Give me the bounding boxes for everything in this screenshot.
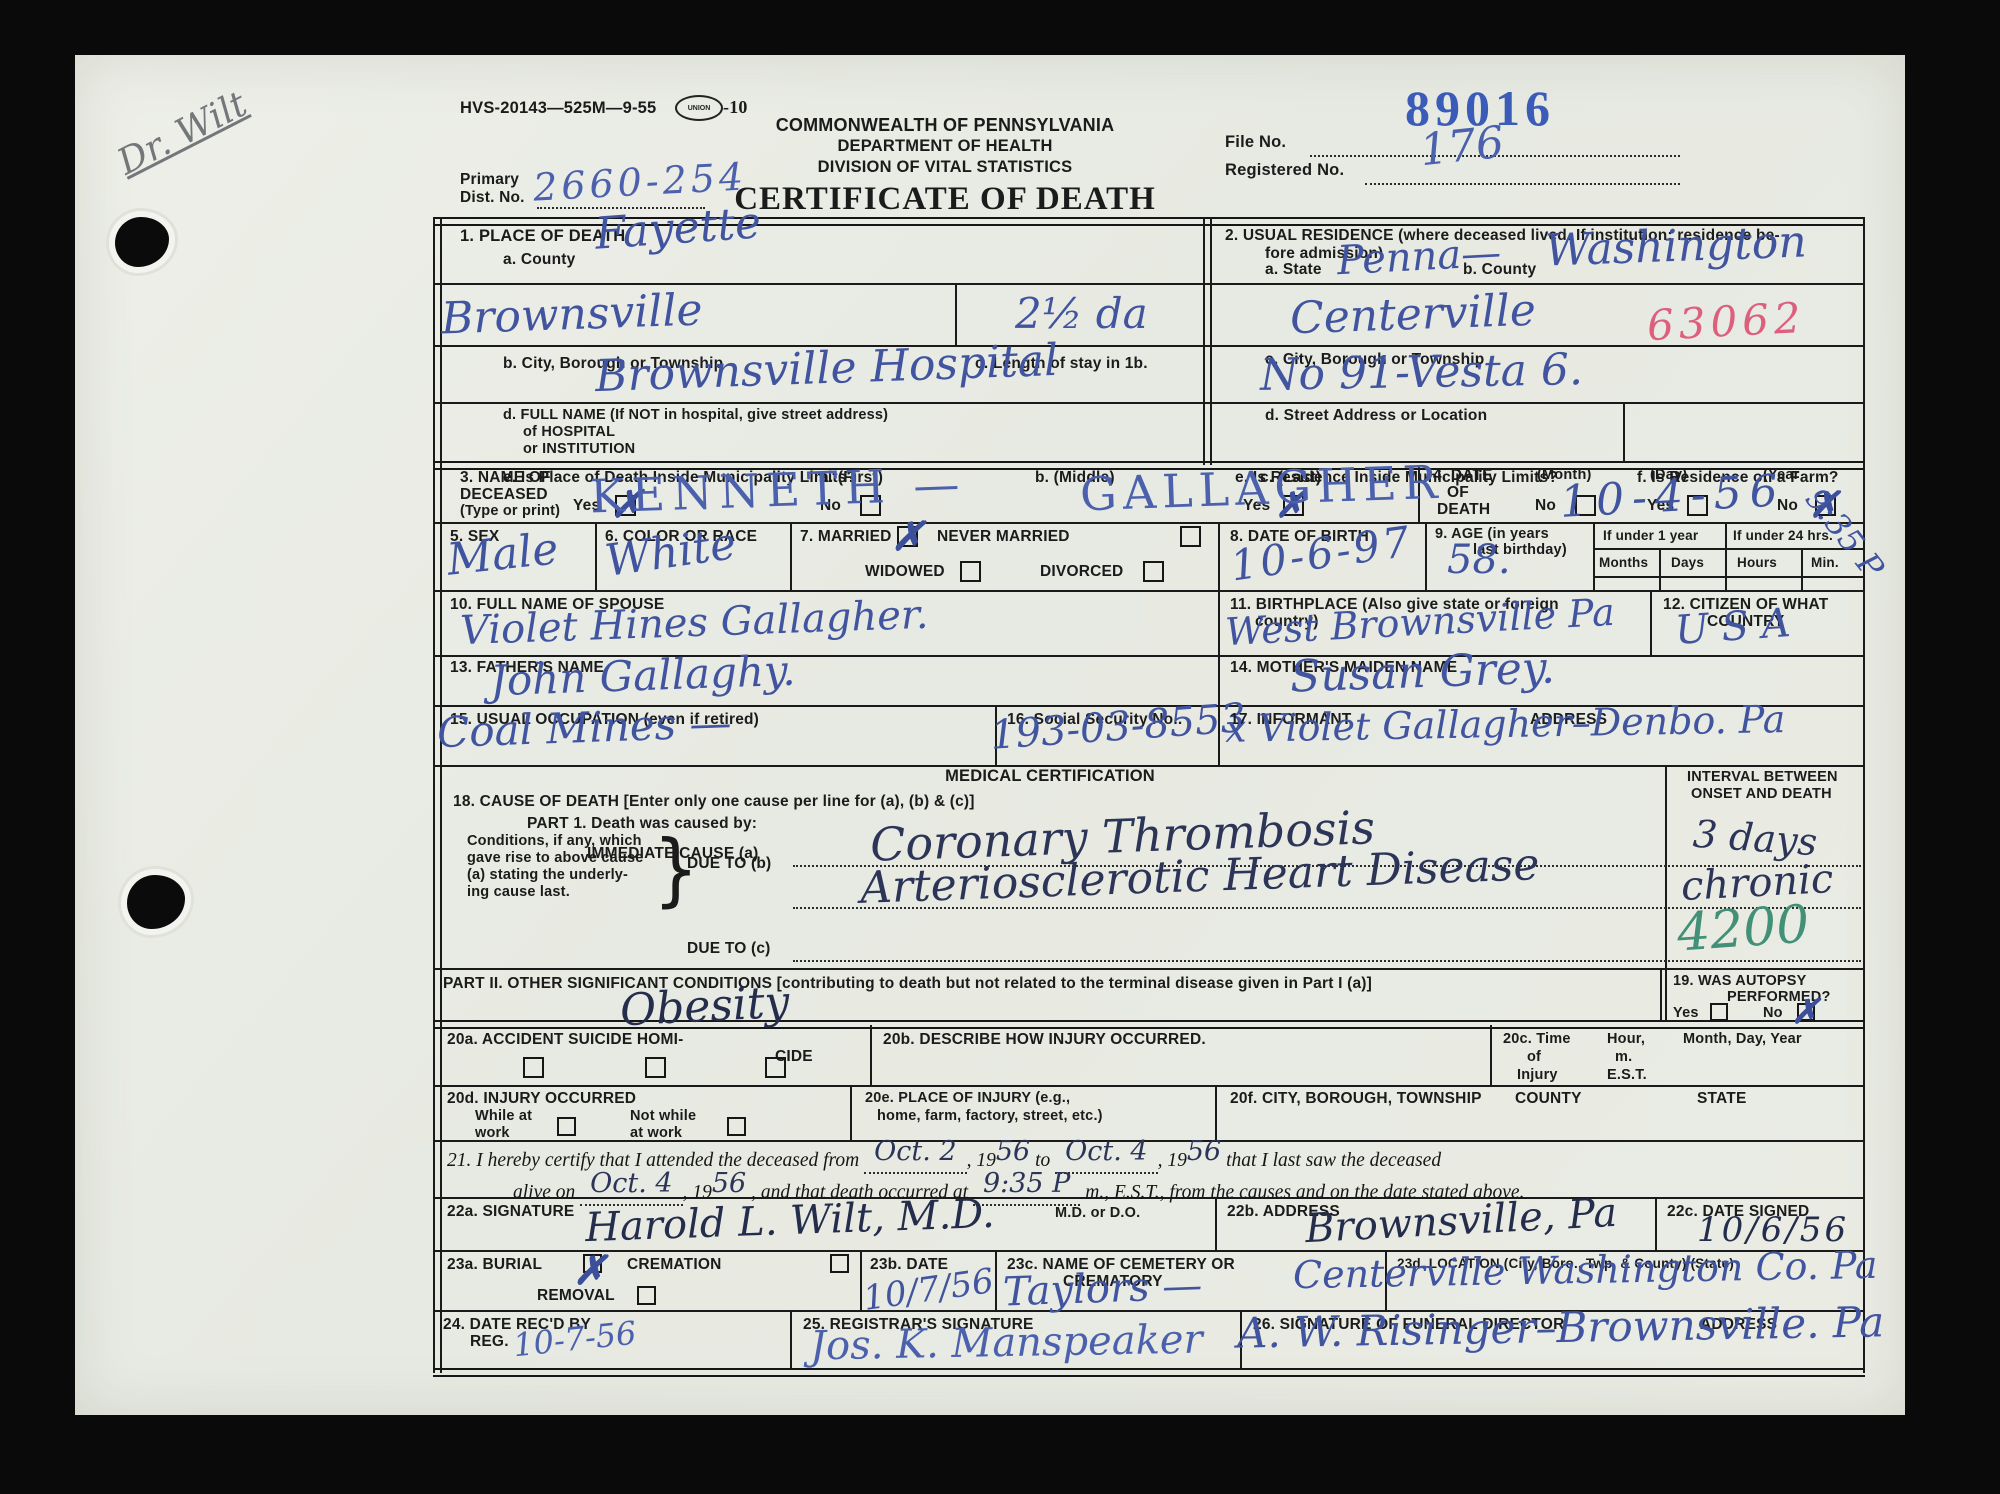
removal-checkbox [637, 1286, 656, 1305]
widowed-label: WIDOWED [865, 563, 945, 581]
certify-p4: , 19 [1158, 1150, 1187, 1171]
rule-part2-top [435, 968, 1863, 970]
rule-1011 [1218, 590, 1220, 655]
not-while-at-work-checkbox [727, 1117, 746, 1136]
accident-checkbox [523, 1057, 544, 1078]
cause-label: 18. CAUSE OF DEATH [Enter only one cause… [453, 793, 975, 811]
death-date-value: 10-4-56 [1559, 469, 1787, 525]
certify-from-year: 56 [996, 1136, 1030, 1167]
death-date-label-2: OF [1447, 484, 1469, 502]
injury-e-label-1: 20e. PLACE OF INJURY (e.g., [865, 1090, 1070, 1107]
certificate-paper: Dr. Wilt HVS-20143—525M—9-55 UNION -10 C… [75, 55, 1905, 1415]
never-married-checkbox [1180, 526, 1201, 547]
rule-2425 [790, 1310, 792, 1368]
rule-22bc [1655, 1197, 1657, 1250]
registered-line [1365, 183, 1680, 185]
rule-2ef-divider [1623, 402, 1625, 463]
sex-value: Male [445, 527, 560, 582]
part2-value: Obesity [619, 981, 791, 1034]
rule-20de [850, 1085, 852, 1140]
rule-right [1863, 217, 1865, 1373]
injury-f-label: 20f. CITY, BOROUGH, TOWNSHIP [1230, 1090, 1482, 1108]
certify-blank-1: Oct. 2 [864, 1150, 966, 1174]
interval-label-2: ONSET AND DEATH [1691, 786, 1832, 803]
never-married-label: NEVER MARRIED [937, 528, 1070, 546]
due-b-label: DUE TO (b) [687, 855, 771, 873]
injury-a-label-1: 20a. ACCIDENT SUICIDE HOMI- [447, 1031, 684, 1049]
rule-56 [595, 522, 597, 590]
rule-78 [1218, 522, 1220, 590]
rule-s12-divider-a [1203, 217, 1205, 465]
mother-value: Susan Grey. [1289, 646, 1555, 699]
primary-label-2: Dist. No. [460, 189, 525, 207]
header-division: DIVISION OF VITAL STATISTICS [818, 158, 1073, 177]
while-at-work-checkbox [557, 1117, 576, 1136]
place-stay-value: 2½ da [1015, 293, 1148, 335]
injury-d-label: 20d. INJURY OCCURRED [447, 1090, 636, 1108]
margin-pencil-note: Dr. Wilt [111, 84, 253, 184]
registered-value: 176 [1418, 121, 1506, 174]
md-do-label: M.D. or D.O. [1055, 1205, 1140, 1222]
injury-d-not-2: at work [630, 1125, 682, 1142]
place-hosp-label-2: of HOSPITAL [523, 424, 615, 441]
informant-value: x Violet Gallagher–Denbo. Pa [1225, 700, 1786, 748]
injury-d-not-1: Not while [630, 1108, 696, 1125]
injury-c-est-label: E.S.T. [1607, 1067, 1647, 1084]
date-recd-label-2: REG. [470, 1333, 509, 1351]
rule-months-days [1659, 548, 1661, 590]
removal-label: REMOVAL [537, 1287, 615, 1305]
header-department: DEPARTMENT OF HEALTH [837, 137, 1052, 156]
registered-label: Registered No. [1225, 161, 1344, 180]
injury-d-while-2: work [475, 1125, 510, 1142]
rule-20ab [870, 1025, 872, 1085]
injury-e-label-2: home, farm, factory, street, etc.) [877, 1108, 1103, 1125]
min-label: Min. [1811, 555, 1839, 571]
cremation-label: CREMATION [627, 1256, 722, 1274]
name-label-2: DECEASED [460, 486, 548, 504]
place-city-value: Brownsville [440, 288, 703, 341]
certify-to-year: 56 [1187, 1136, 1221, 1167]
conditions-label-2: gave rise to above cause [467, 850, 643, 867]
rule-left-inner [440, 217, 442, 1373]
rule-20bc [1490, 1025, 1492, 1085]
residence-street-value: No 91-Vesta 6. [1260, 348, 1584, 398]
injury-c-label-2: of [1527, 1049, 1541, 1066]
rule-bottom [433, 1368, 1865, 1377]
death-date-label-3: DEATH [1437, 501, 1490, 519]
rule-9u1y [1593, 522, 1595, 590]
certify-alive-date: Oct. 4 [590, 1168, 672, 1199]
certificate-title: CERTIFICATE OF DEATH [734, 181, 1156, 219]
injury-f-county-label: COUNTY [1515, 1090, 1582, 1108]
rule-1112 [1650, 590, 1652, 655]
primary-value: 2660-254 [532, 157, 748, 206]
cremation-checkbox [830, 1254, 849, 1273]
certify-from-date: Oct. 2 [874, 1136, 956, 1167]
place-hospital-value: Brownsville Hospital [594, 339, 1058, 399]
form-number: HVS-20143—525M—9-55 [460, 99, 656, 118]
rule-autopsy-box [1660, 968, 1662, 1022]
injury-c-m-label: m. [1615, 1049, 1632, 1066]
injury-c-hour-label: Hour, [1607, 1031, 1645, 1048]
place-hosp-label-1: d. FULL NAME (If NOT in hospital, give s… [503, 407, 888, 424]
interval-label-1: INTERVAL BETWEEN [1687, 769, 1838, 786]
residence-no-label: No [1535, 497, 1556, 515]
certify-p5: that I last saw the deceased [1226, 1150, 1441, 1171]
divorced-label: DIVORCED [1040, 563, 1123, 581]
interval-c-green: 4200 [1675, 898, 1811, 959]
name-first-value: KENNETH — [589, 460, 967, 519]
place-hosp-label-3: or INSTITUTION [523, 441, 635, 458]
physician-signature: Harold L. Wilt, M.D. [584, 1194, 995, 1248]
burial-check: ✗ [573, 1251, 607, 1291]
injury-c-label-1: 20c. Time [1503, 1031, 1571, 1048]
seal-suffix: -10 [723, 97, 748, 118]
married-label: 7. MARRIED [800, 528, 892, 546]
residence-city-value: Centerville [1289, 289, 1536, 342]
rule-s12-a [435, 283, 1863, 285]
rule-20abc-bottom [435, 1085, 1863, 1087]
signature-label: 22a. SIGNATURE [447, 1203, 574, 1221]
interval-a-value: 3 days [1692, 815, 1819, 862]
name-last-value: GALLAGHER [1079, 459, 1444, 518]
certify-blank-2: Oct. 4 [1055, 1150, 1157, 1174]
autopsy-no-check: ✗ [1791, 995, 1820, 1029]
residence-red-number: 63062 [1646, 297, 1807, 347]
rule-s59-bottom [435, 590, 1863, 592]
citizen-value: U S A [1674, 603, 1792, 651]
age-value: 58. [1447, 540, 1511, 580]
death-date-label-1: 4. DATE [1433, 467, 1493, 485]
under-1yr-label: If under 1 year [1603, 528, 1698, 544]
rule-22ab [1215, 1197, 1217, 1250]
due-c-label: DUE TO (c) [687, 940, 771, 958]
rule-67 [790, 522, 792, 590]
widowed-checkbox [960, 561, 981, 582]
injury-f-state-label: STATE [1697, 1090, 1747, 1108]
certify-to-date: Oct. 4 [1065, 1136, 1147, 1167]
burial-label: 23a. BURIAL [447, 1256, 542, 1274]
conditions-label-4: ing cause last. [467, 884, 570, 901]
medical-title: MEDICAL CERTIFICATION [945, 767, 1155, 786]
rule-20ef [1215, 1085, 1217, 1140]
suicide-checkbox [645, 1057, 666, 1078]
injury-c-mdy-label: Month, Day, Year [1683, 1031, 1802, 1048]
cemetery-value: Taylors — [1002, 1266, 1203, 1313]
location-value: Centerville Washington Co. Pa [1293, 1246, 1878, 1294]
residence-county-label: b. County [1463, 261, 1536, 279]
rule-1bc-divider [955, 283, 957, 345]
conditions-label-3: (a) stating the underly- [467, 867, 628, 884]
union-seal-icon: UNION [675, 95, 723, 121]
injury-b-label: 20b. DESCRIBE HOW INJURY OCCURRED. [883, 1031, 1206, 1049]
scan-background: Dr. Wilt HVS-20143—525M—9-55 UNION -10 C… [0, 0, 2000, 1494]
occupation-value: Coal Mines — [436, 702, 732, 754]
file-no-label: File No. [1225, 133, 1286, 152]
residence-state-label: a. State [1265, 261, 1322, 279]
rule-hours-min [1801, 548, 1803, 590]
autopsy-no-label: No [1763, 1005, 1783, 1022]
rule-interval-col [1665, 765, 1667, 1022]
homicide-checkbox [765, 1057, 786, 1078]
rule-s12-d [435, 402, 1863, 404]
autopsy-yes-label: Yes [1673, 1005, 1699, 1022]
conditions-label-1: Conditions, if any, which [467, 833, 642, 850]
injury-d-while-1: While at [475, 1108, 532, 1125]
certify-p6: alive on [513, 1182, 575, 1203]
name-label-3: (Type or print) [460, 503, 560, 520]
days-label: Days [1671, 555, 1704, 571]
father-value: John Gallaghy. [489, 650, 796, 703]
injury-c-label-3: Injury [1517, 1067, 1558, 1084]
rule-u1y-header [1593, 548, 1863, 550]
part1-label: PART 1. Death was caused by: [527, 815, 757, 833]
punch-hole-bottom [127, 875, 185, 929]
residence-county-value: Washington [1544, 220, 1807, 273]
autopsy-yes-checkbox [1710, 1003, 1728, 1021]
punch-hole-top [115, 217, 169, 267]
date-signed-value: 10/6/56 [1697, 1213, 1849, 1247]
rule-s12-divider-b [1210, 217, 1212, 465]
place-county-label: a. County [503, 251, 575, 269]
part2-label: PART II. OTHER SIGNIFICANT CONDITIONS [c… [443, 975, 1372, 993]
header-commonwealth: COMMONWEALTH OF PENNSYLVANIA [776, 115, 1115, 136]
funeral-director-signature: A. W. Risinger–Brownsville. Pa [1237, 1301, 1885, 1354]
rule-89 [1425, 522, 1427, 590]
place-county-value: Fayette [594, 201, 763, 256]
rule-u1y-sub [1593, 576, 1863, 578]
name-label-1: 3. NAME OF [460, 469, 551, 487]
hours-label: Hours [1737, 555, 1777, 571]
registrar-signature: Jos. K. Manspeaker [810, 1320, 1203, 1367]
rule-u1yu24 [1725, 522, 1727, 590]
autopsy-label-1: 19. WAS AUTOPSY [1673, 973, 1807, 990]
certify-alive-year: 56 [712, 1168, 746, 1199]
residence-street-label: d. Street Address or Location [1265, 407, 1487, 425]
rule-23bc [995, 1250, 997, 1310]
months-label: Months [1599, 555, 1648, 571]
certify-death-time: 9:35 P [983, 1168, 1070, 1199]
rule-left-outer [433, 217, 435, 1373]
divorced-checkbox [1143, 561, 1164, 582]
primary-label-1: Primary [460, 171, 519, 189]
married-check: ✗ [891, 517, 925, 557]
